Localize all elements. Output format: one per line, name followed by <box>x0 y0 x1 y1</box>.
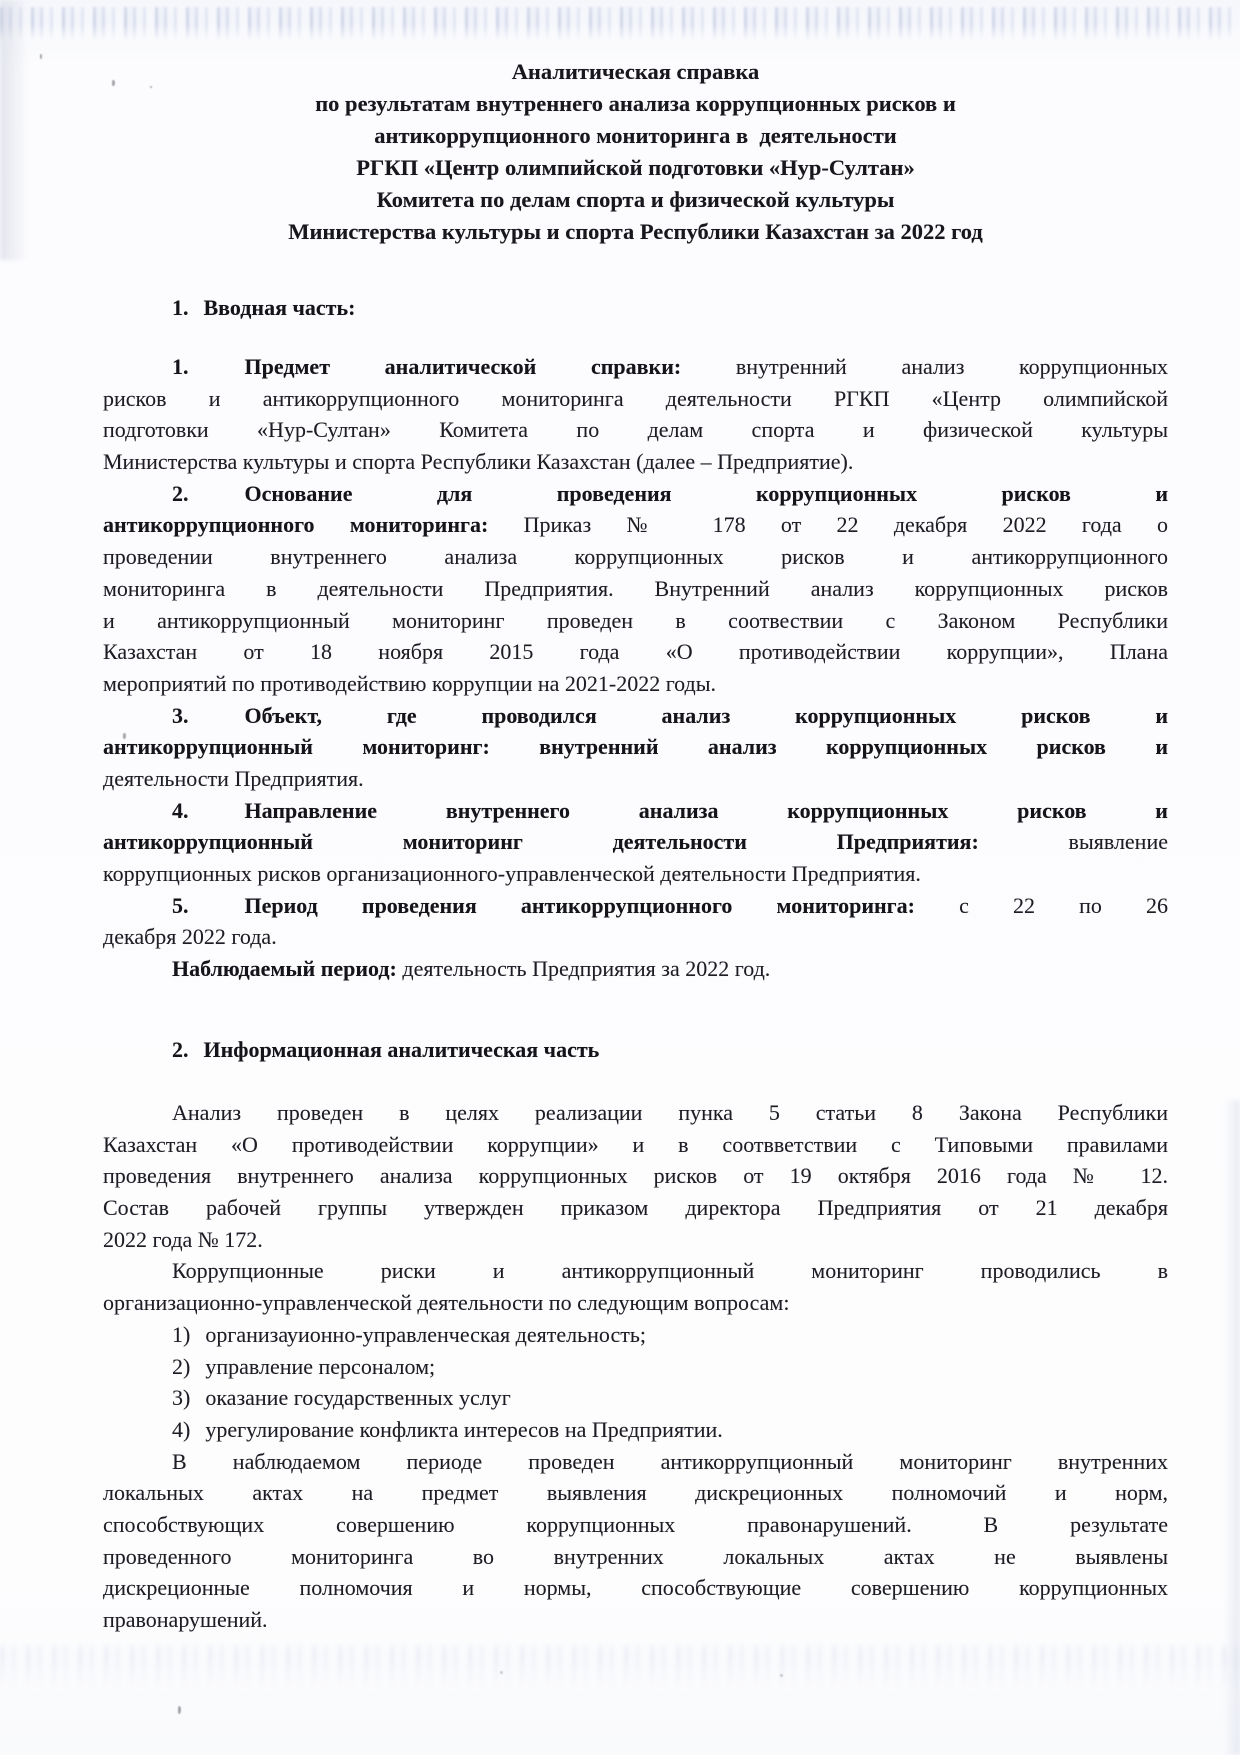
text-line: мониторинга в деятельности Предприятия. … <box>103 573 1168 605</box>
text-line: 2022 года № 172. <box>103 1224 1168 1256</box>
text-line: В наблюдаемом периоде проведен антикорру… <box>103 1446 1168 1478</box>
text-line: антикоррупционного мониторинга: Приказ №… <box>103 509 1168 541</box>
document-title: Аналитическая справкапо результатам внут… <box>103 56 1168 248</box>
scan-corner-shadow <box>0 0 28 260</box>
text-line: организационно-управленческой деятельнос… <box>103 1287 1168 1319</box>
text-line: подготовки «Нур-Султан» Комитета по дела… <box>103 414 1168 446</box>
text-line: Состав рабочей группы утвержден приказом… <box>103 1192 1168 1224</box>
text-line: дискреционные полномочия и нормы, способ… <box>103 1572 1168 1604</box>
scan-speck <box>178 1706 181 1714</box>
title-line: Комитета по делам спорта и физической ку… <box>103 184 1168 216</box>
text-line: 5.Период проведения антикоррупционного м… <box>103 890 1168 922</box>
section-1-heading: 1.Вводная часть: <box>103 292 1168 324</box>
scan-noise-band-bottom <box>0 1645 1240 1689</box>
text-line: рисков и антикоррупционного мониторинга … <box>103 383 1168 415</box>
text-line: Казахстан «О противодействии коррупции» … <box>103 1129 1168 1161</box>
text-line: Наблюдаемый период: деятельность Предпри… <box>103 953 1168 985</box>
text-line: Казахстан от 18 ноября 2015 года «О прот… <box>103 636 1168 668</box>
scan-speck <box>500 1671 503 1674</box>
title-line: по результатам внутреннего анализа корру… <box>103 88 1168 120</box>
text-line: 3.Объект, где проводился анализ коррупци… <box>103 700 1168 732</box>
text-line: 2.Основание для проведения коррупционных… <box>103 478 1168 510</box>
title-line: Министерства культуры и спорта Республик… <box>103 216 1168 248</box>
text-line: деятельности Предприятия. <box>103 763 1168 795</box>
text-line: способствующих совершению коррупционных … <box>103 1509 1168 1541</box>
scan-speck <box>40 54 42 59</box>
text-line: Министерства культуры и спорта Республик… <box>103 446 1168 478</box>
text-line: проведении внутреннего анализа коррупцио… <box>103 541 1168 573</box>
text-line: 1)организауионно-управленческая деятельн… <box>103 1319 1168 1351</box>
text-line: 2)управление персоналом; <box>103 1351 1168 1383</box>
text-line: мероприятий по противодействию коррупции… <box>103 668 1168 700</box>
heading-line: 1.Вводная часть: <box>103 292 1168 324</box>
title-line: Аналитическая справка <box>103 56 1168 88</box>
text-line: антикоррупционный мониторинг деятельност… <box>103 826 1168 858</box>
title-line: РГКП «Центр олимпийской подготовки «Нур-… <box>103 152 1168 184</box>
title-line: антикоррупционного мониторинга в деятель… <box>103 120 1168 152</box>
scanned-page: Аналитическая справкапо результатам внут… <box>0 0 1240 1755</box>
text-line: 4)урегулирование конфликта интересов на … <box>103 1414 1168 1446</box>
text-line: проведенного мониторинга во внутренних л… <box>103 1541 1168 1573</box>
scan-speck <box>780 1674 783 1677</box>
text-line: Анализ проведен в целях реализации пунка… <box>103 1097 1168 1129</box>
text-line: проведения внутреннего анализа коррупцио… <box>103 1160 1168 1192</box>
section-1-body: 1.Предмет аналитической справки: внутрен… <box>103 351 1168 985</box>
text-line: антикоррупционный мониторинг: внутренний… <box>103 731 1168 763</box>
text-line: 4.Направление внутреннего анализа корруп… <box>103 795 1168 827</box>
text-line: декабря 2022 года. <box>103 921 1168 953</box>
text-line: Коррупционные риски и антикоррупционный … <box>103 1255 1168 1287</box>
text-line: и антикоррупционный мониторинг проведен … <box>103 605 1168 637</box>
scan-noise-band-top <box>0 7 1240 40</box>
text-line: 1.Предмет аналитической справки: внутрен… <box>103 351 1168 383</box>
section-2-heading: 2.Информационная аналитическая часть <box>103 1034 1168 1066</box>
scan-edge-shadow <box>1224 1100 1240 1755</box>
text-line: правонарушений. <box>103 1604 1168 1636</box>
heading-line: 2.Информационная аналитическая часть <box>103 1034 1168 1066</box>
section-2-body: Анализ проведен в целях реализации пунка… <box>103 1097 1168 1636</box>
text-line: коррупционных рисков организационного-уп… <box>103 858 1168 890</box>
text-line: 3)оказание государственных услуг <box>103 1382 1168 1414</box>
text-line: локальных актах на предмет выявления дис… <box>103 1477 1168 1509</box>
